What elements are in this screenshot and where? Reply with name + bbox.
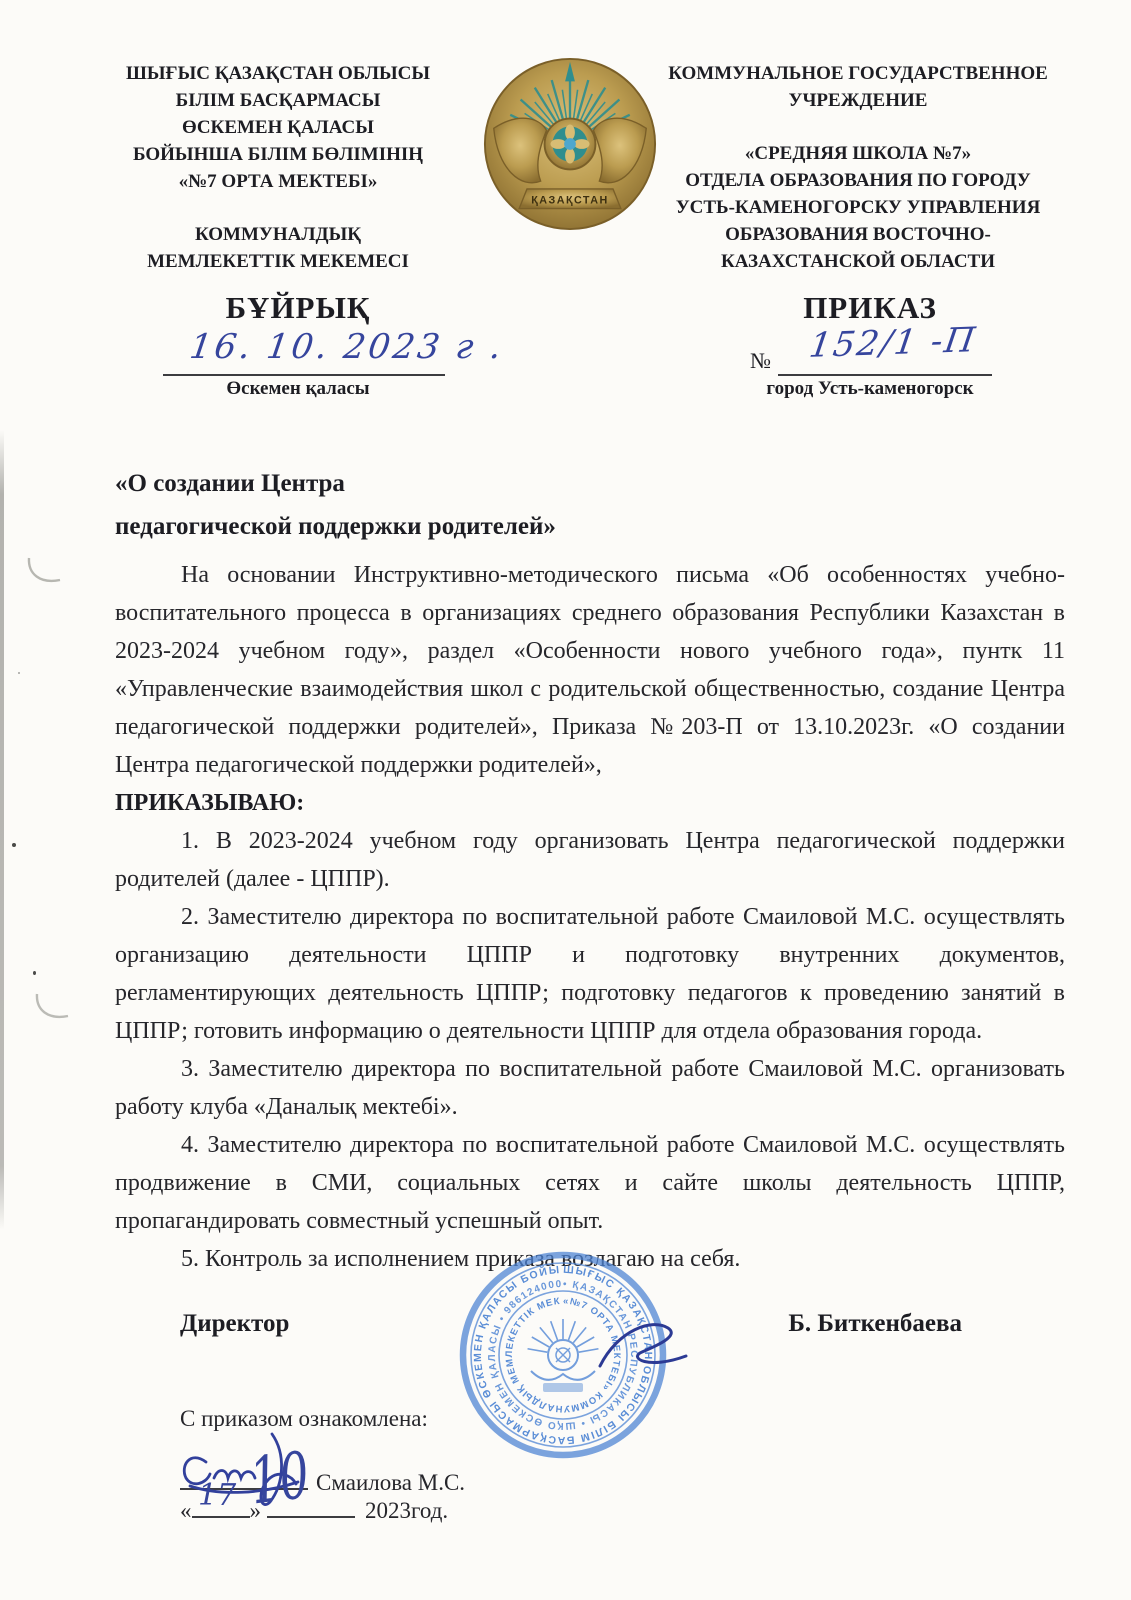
order-subject: «О создании Центра педагогической поддер…	[115, 462, 935, 548]
handwritten-day: 17	[198, 1478, 236, 1513]
director-ink-signature	[592, 1316, 692, 1382]
org-line: КОММУНАЛДЫҚ	[108, 221, 448, 248]
org-line: БОЙЫНША БІЛІМ БӨЛІМІНІҢ	[108, 141, 448, 168]
org-line: «№7 ОРТА МЕКТЕБІ»	[108, 168, 448, 195]
order-item: 2. Заместителю директора по воспитательн…	[115, 898, 1065, 1050]
emblem-caption: ҚАЗАҚСТАН	[531, 195, 609, 207]
handwritten-date: 16. 10. 2023 г .	[187, 327, 507, 367]
order-title-russian: ПРИКАЗ	[700, 290, 1040, 326]
document-page: ШЫҒЫС ҚАЗАҚСТАН ОБЛЫСЫ БІЛІМ БАСҚАРМАСЫ …	[0, 0, 1131, 1600]
scan-crease-mark	[34, 988, 74, 1028]
quote-open: «	[180, 1498, 192, 1523]
org-line: УСТЬ-КАМЕНОГОРСКУ УПРАВЛЕНИЯ	[648, 194, 1068, 221]
subject-line: «О создании Центра	[115, 462, 935, 505]
handwritten-month: 10	[246, 1439, 313, 1520]
org-line: ОТДЕЛА ОБРАЗОВАНИЯ ПО ГОРОДУ	[648, 167, 1068, 194]
org-line: ШЫҒЫС ҚАЗАҚСТАН ОБЛЫСЫ	[108, 60, 448, 87]
kazakhstan-emblem-icon: ҚАЗАҚСТАН	[482, 56, 658, 232]
org-line: КАЗАХСТАНСКОЙ ОБЛАСТИ	[648, 248, 1068, 275]
order-body: На основании Инструктивно-методического …	[115, 556, 1065, 1278]
org-line: ОБРАЗОВАНИЯ ВОСТОЧНО-	[648, 221, 1068, 248]
org-line: ӨСКЕМЕН ҚАЛАСЫ	[108, 114, 448, 141]
number-label: №	[750, 348, 771, 374]
scan-edge-shadow	[0, 430, 4, 1230]
order-item: 1. В 2023-2024 учебном году организовать…	[115, 822, 1065, 898]
resolve-word: ПРИКАЗЫВАЮ:	[115, 784, 1065, 822]
org-header-kazakh: ШЫҒЫС ҚАЗАҚСТАН ОБЛЫСЫ БІЛІМ БАСҚАРМАСЫ …	[108, 60, 448, 275]
scan-speck	[18, 672, 20, 674]
stamp-emblem	[528, 1319, 599, 1392]
city-kazakh: Өскемен қаласы	[128, 378, 468, 400]
scan-crease-mark	[26, 552, 66, 592]
director-label: Директор	[180, 1310, 289, 1338]
subject-line: педагогической поддержки родителей»	[115, 505, 935, 548]
scan-speck	[12, 843, 16, 847]
handwritten-order-number: 152/1 -П	[807, 320, 980, 366]
org-line: «СРЕДНЯЯ ШКОЛА №7»	[648, 140, 1068, 167]
org-line: БІЛІМ БАСҚАРМАСЫ	[108, 87, 448, 114]
director-name: Б. Биткенбаева	[788, 1310, 962, 1338]
order-item: 4. Заместителю директора по воспитательн…	[115, 1126, 1065, 1240]
city-russian: город Усть-каменогорск	[700, 378, 1040, 400]
org-header-russian: КОММУНАЛЬНОЕ ГОСУДАРСТВЕННОЕ УЧРЕЖДЕНИЕ …	[648, 60, 1068, 275]
acknowledged-by-name: Смаилова М.С.	[316, 1470, 465, 1495]
org-line: УЧРЕЖДЕНИЕ	[648, 87, 1068, 114]
year-text: 2023год.	[365, 1498, 448, 1523]
order-item: 3. Заместителю директора по воспитательн…	[115, 1050, 1065, 1126]
preamble-paragraph: На основании Инструктивно-методического …	[115, 556, 1065, 784]
org-line: МЕМЛЕКЕТТІК МЕКЕМЕСІ	[108, 248, 448, 275]
order-title-kazakh: БҰЙРЫҚ	[128, 290, 468, 326]
scan-speck	[33, 971, 36, 975]
org-line: КОММУНАЛЬНОЕ ГОСУДАРСТВЕННОЕ	[648, 60, 1068, 87]
